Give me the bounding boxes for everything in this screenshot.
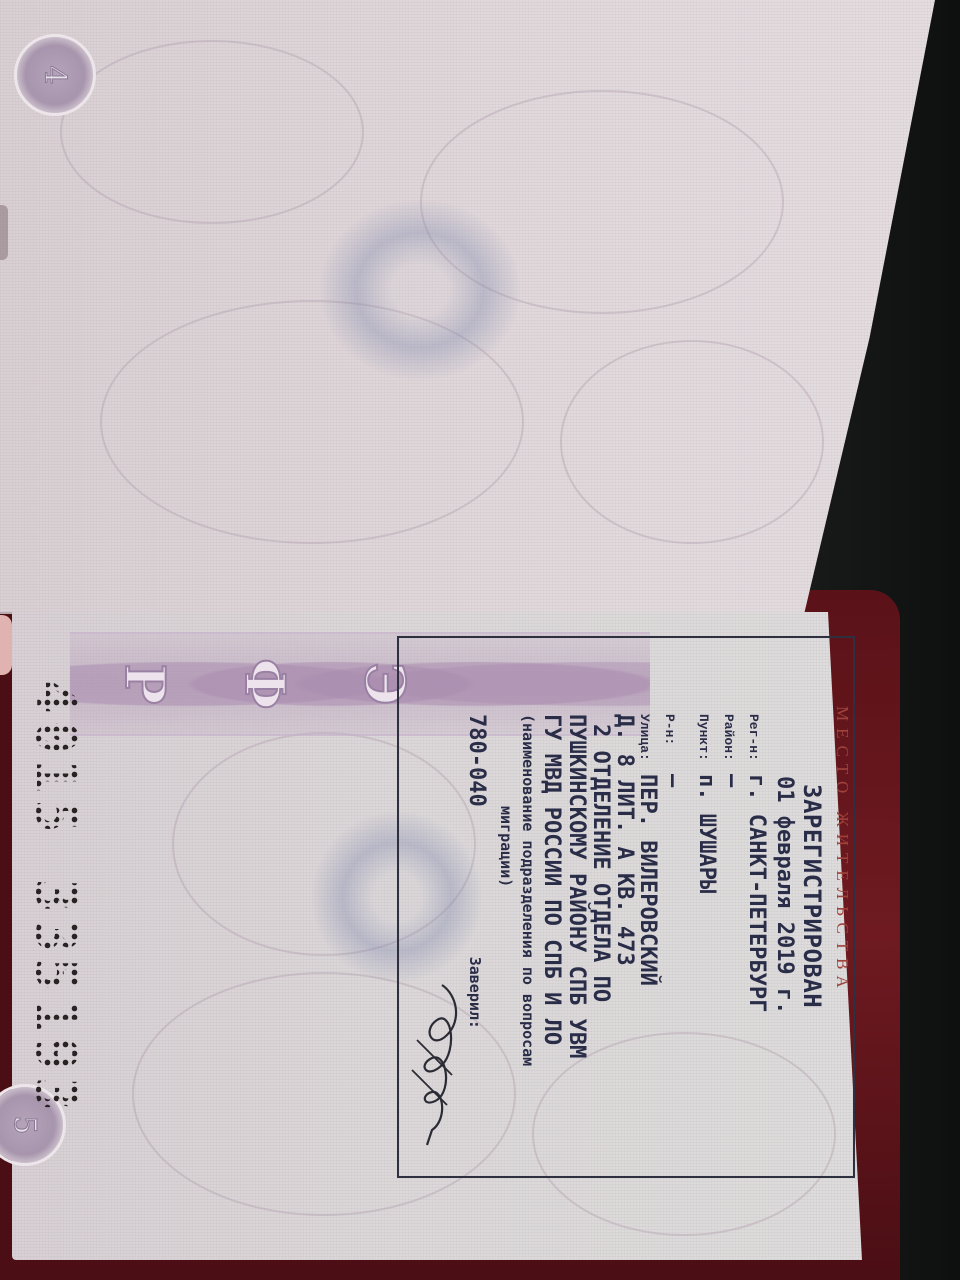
- page-number-rosette: 4: [0, 20, 110, 130]
- band-letter: Р: [109, 649, 181, 719]
- stamp-code: 780-040: [464, 714, 489, 807]
- finger: [0, 205, 8, 260]
- stamp-field-district: Район:–: [720, 714, 742, 1066]
- stamp-field-region: Рег-н:г. САНКТ-ПЕТЕРБУРГ: [742, 714, 770, 1066]
- stamp-authority-line: ПУШКИНСКОМУ РАЙОНУ СПБ УВМ: [564, 714, 588, 1066]
- guilloche-swirl: [560, 340, 824, 544]
- page-number: 4: [0, 20, 110, 130]
- signature-icon: [402, 980, 472, 1150]
- stamp-field-area: Р-н:–: [658, 714, 692, 1066]
- stamp-authority-line: 2 ОТДЕЛЕНИЕ ОТДЕЛА ПО: [588, 714, 612, 1066]
- registration-stamp: ЗАРЕГИСТРИРОВАН 01 февраля 2019 г. Рег-н…: [462, 714, 826, 1066]
- stamp-caption: (наименование подразделения по вопросам: [516, 714, 538, 1066]
- stamp-authority-line: ГУ МВД РОССИИ ПО СПБ И ЛО: [538, 714, 564, 1066]
- upper-page: 4: [0, 0, 935, 614]
- band-letter: Ф: [229, 649, 301, 719]
- stamp-field-street: Улица:ПЕР. ВИЛЕРОВСКИЙ: [636, 714, 658, 1066]
- stamp-title: ЗАРЕГИСТРИРОВАН: [798, 714, 826, 1066]
- perforated-serial-number: 4015 335193: [23, 680, 88, 1117]
- stamp-caption: миграции): [494, 714, 516, 1066]
- stamp-date: 01 февраля 2019 г.: [770, 714, 798, 1066]
- finger: [0, 615, 12, 675]
- stamp-field-locality: Пункт:п. ШУШАРЫ: [692, 714, 720, 1066]
- security-watermark: [320, 200, 520, 380]
- stamp-house: Д. 8 ЛИТ. А КВ. 473: [612, 714, 636, 1066]
